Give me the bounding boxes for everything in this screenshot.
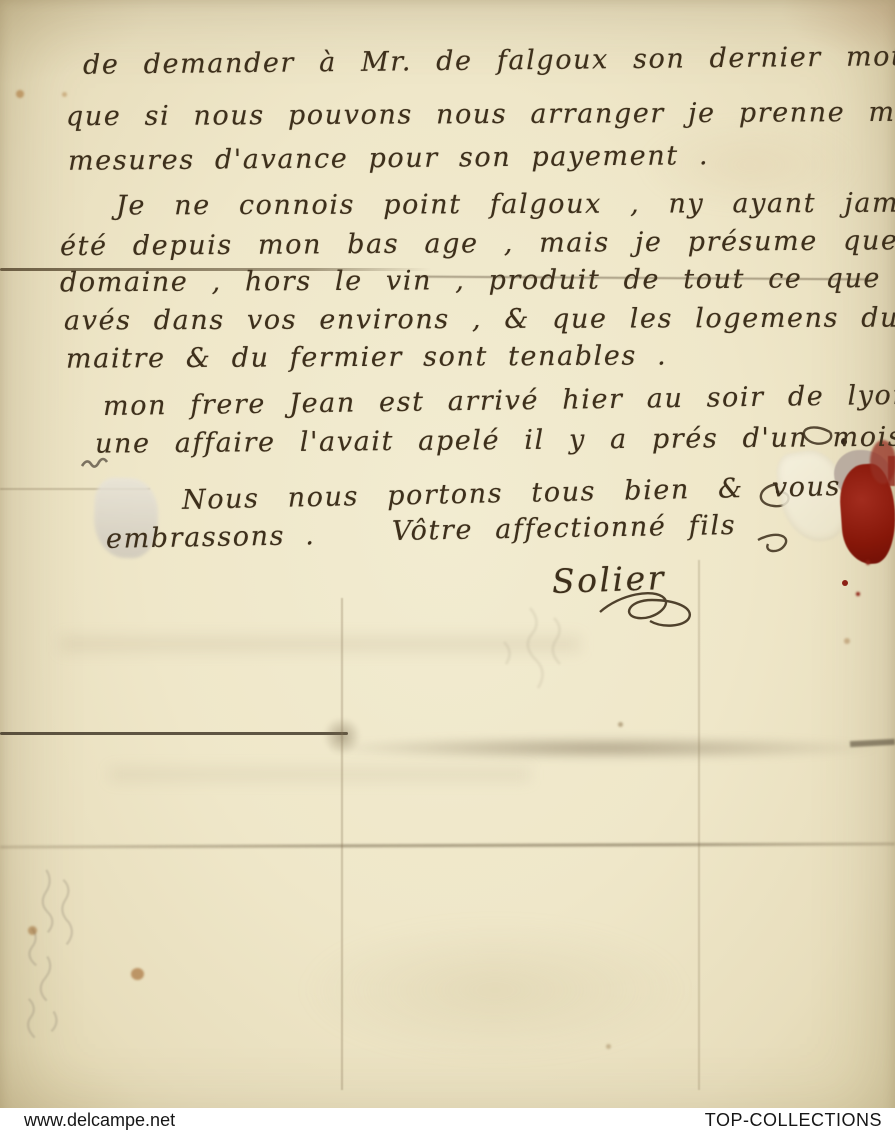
letter-line: une affaire l'avait apelé il y a prés d'…	[95, 420, 895, 461]
wax-speck	[856, 592, 860, 596]
fox-spot	[606, 1044, 611, 1049]
letter-line: mesures d'avance pour son payement .	[68, 139, 709, 179]
fold-crease-mid-smudge	[330, 736, 878, 760]
letter-line: domaine , hors le vin , produit de tout …	[60, 262, 895, 301]
fox-spot	[844, 638, 850, 644]
watermark-right: TOP-COLLECTIONS	[705, 1108, 882, 1132]
watermark-bar: www.delcampe.net TOP-COLLECTIONS	[0, 1108, 895, 1132]
fox-spot	[16, 90, 24, 98]
wax-speck	[842, 580, 848, 586]
fold-crease-knot	[322, 718, 362, 754]
letter-line: Nous nous portons tous bien & vous	[182, 470, 842, 518]
closing-word: embrassons .	[106, 519, 316, 557]
paper-stain	[300, 920, 690, 1060]
letter-line: été depuis mon bas age , mais je présume…	[60, 224, 895, 264]
closing-valediction: Vôtre affectionné fils	[392, 509, 737, 549]
letter-line: de demander à Mr. de falgoux son dernier…	[83, 39, 895, 82]
wax-speck	[866, 560, 870, 565]
letter-line: que si nous pouvons nous arranger je pre…	[66, 96, 895, 135]
fox-spot	[62, 92, 67, 97]
fold-crease-lower	[0, 842, 895, 848]
fox-spot	[618, 722, 623, 727]
show-through-writing	[6, 862, 116, 1077]
fold-crease-vertical-left	[341, 598, 343, 1090]
fold-crease-faint	[0, 488, 150, 490]
fold-crease-mid-right-nick	[850, 739, 895, 747]
fold-crease-vertical-right	[698, 560, 700, 1090]
signature-flourish	[592, 586, 702, 634]
letter-line: Je ne connois point falgoux , ny ayant j…	[116, 187, 895, 224]
watermark-left: www.delcampe.net	[24, 1108, 175, 1132]
letter-line: maitre & du fermier sont tenables .	[66, 339, 667, 376]
paper-stain	[110, 768, 530, 781]
show-through-writing	[470, 602, 590, 712]
fox-spot	[131, 968, 144, 980]
letter-line: avés dans vos environs , & que les logem…	[64, 302, 895, 339]
fold-crease-mid-left	[0, 732, 348, 735]
wax-seal-edge-smear	[888, 456, 895, 486]
letter-page: de demander à Mr. de falgoux son dernier…	[0, 0, 895, 1132]
